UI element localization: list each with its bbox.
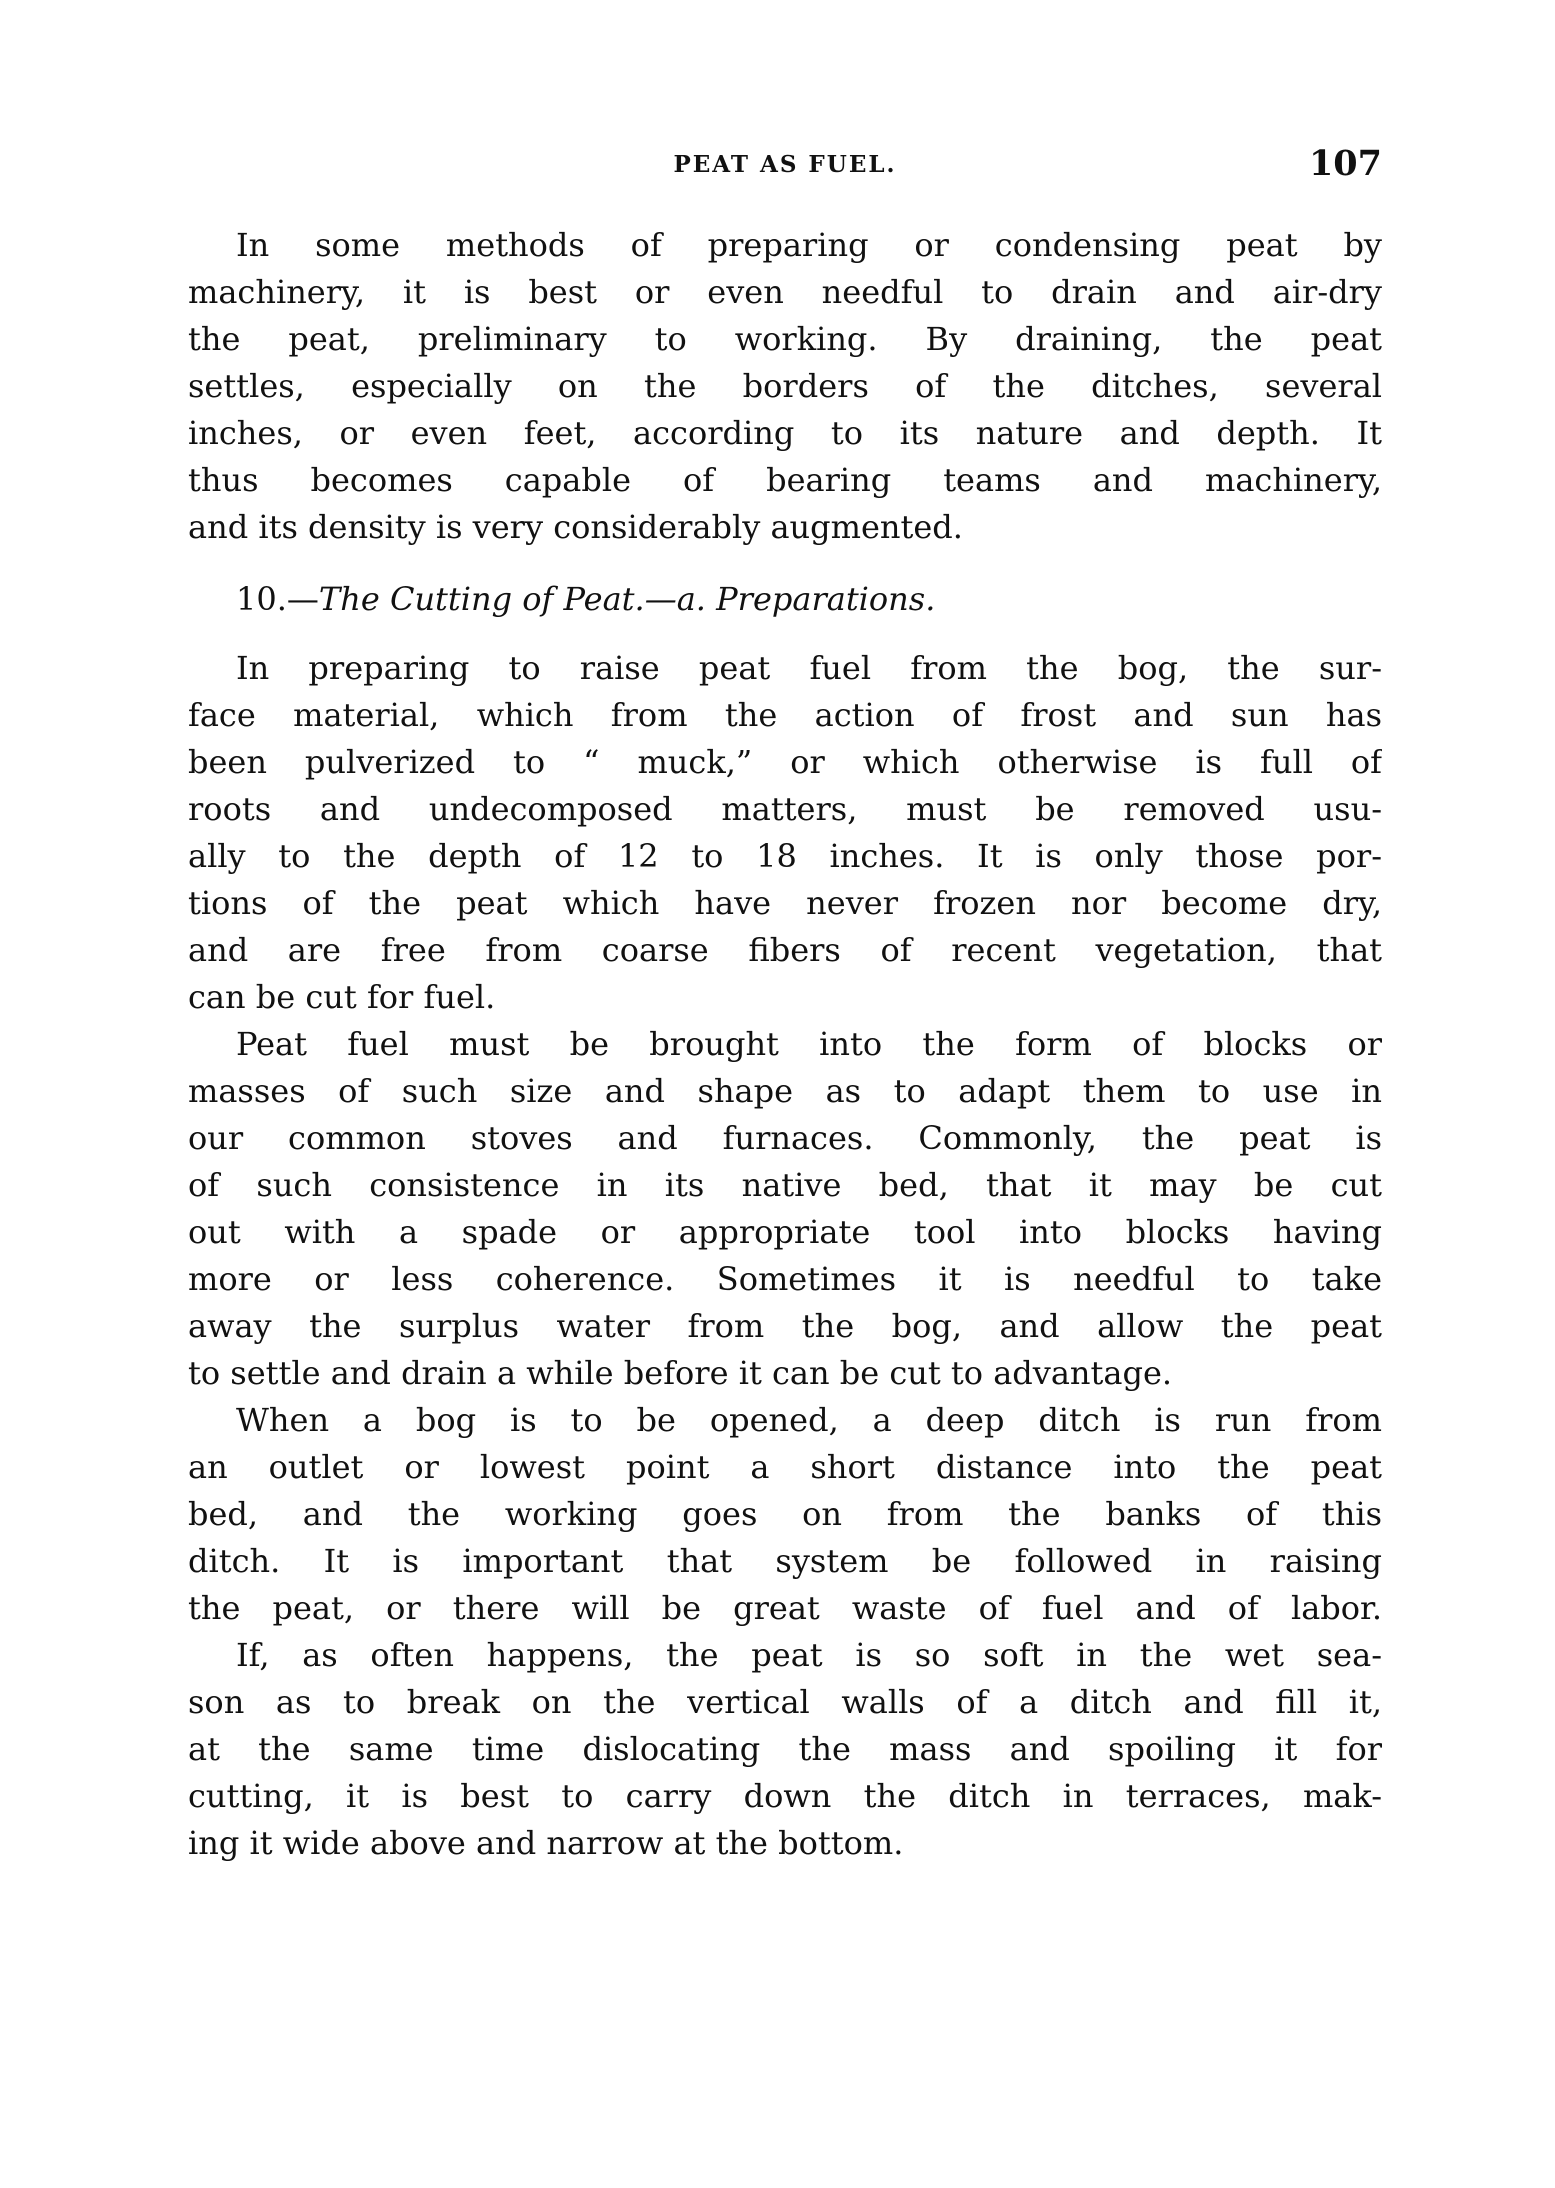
paragraph-blocks: Peat fuel must be brought into the form … bbox=[188, 1021, 1382, 1397]
text-line: the peat, preliminary to working. By dra… bbox=[188, 316, 1382, 363]
text-line: of such consistence in its native bed, t… bbox=[188, 1162, 1382, 1209]
text-line: Peat fuel must be brought into the form … bbox=[188, 1021, 1382, 1068]
text-line: ally to the depth of 12 to 18 inches. It… bbox=[188, 833, 1382, 880]
book-page: PEAT AS FUEL. 107 In some methods of pre… bbox=[0, 0, 1555, 2188]
text-line: face material, which from the action of … bbox=[188, 692, 1382, 739]
running-head: PEAT AS FUEL. 107 bbox=[188, 143, 1382, 183]
text-line: settles, especially on the borders of th… bbox=[188, 363, 1382, 410]
text-line: to settle and drain a while before it ca… bbox=[188, 1350, 1382, 1397]
paragraph-preparing: In preparing to raise peat fuel from the… bbox=[188, 645, 1382, 1021]
text-line: tions of the peat which have never froze… bbox=[188, 880, 1382, 927]
text-line: cutting, it is best to carry down the di… bbox=[188, 1773, 1382, 1820]
text-line: thus becomes capable of bearing teams an… bbox=[188, 457, 1382, 504]
text-line: can be cut for fuel. bbox=[188, 974, 1382, 1021]
text-line: and its density is very considerably aug… bbox=[188, 504, 1382, 551]
text-line: machinery, it is best or even needful to… bbox=[188, 269, 1382, 316]
running-title: PEAT AS FUEL. bbox=[188, 151, 1382, 178]
text-line: been pulverized to “ muck,” or which oth… bbox=[188, 739, 1382, 786]
text-line: In some methods of preparing or condensi… bbox=[188, 222, 1382, 269]
section-number: 10.— bbox=[236, 580, 319, 618]
text-line: out with a spade or appropriate tool int… bbox=[188, 1209, 1382, 1256]
text-line: away the surplus water from the bog, and… bbox=[188, 1303, 1382, 1350]
text-line: our common stoves and furnaces. Commonly… bbox=[188, 1115, 1382, 1162]
text-line: ing it wide above and narrow at the bott… bbox=[188, 1820, 1382, 1867]
text-line: When a bog is to be opened, a deep ditch… bbox=[188, 1397, 1382, 1444]
text-line: bed, and the working goes on from the ba… bbox=[188, 1491, 1382, 1538]
text-line: If, as often happens, the peat is so sof… bbox=[188, 1632, 1382, 1679]
text-line: In preparing to raise peat fuel from the… bbox=[188, 645, 1382, 692]
text-line: son as to break on the vertical walls of… bbox=[188, 1679, 1382, 1726]
text-line: inches, or even feet, according to its n… bbox=[188, 410, 1382, 457]
text-line: ditch. It is important that system be fo… bbox=[188, 1538, 1382, 1585]
paragraph-intro: In some methods of preparing or condensi… bbox=[188, 222, 1382, 551]
paragraph-ditch: When a bog is to be opened, a deep ditch… bbox=[188, 1397, 1382, 1632]
section-title: The Cutting of Peat.—a. Preparations. bbox=[319, 580, 935, 618]
section-heading: 10.—The Cutting of Peat.—a. Preparations… bbox=[188, 576, 1382, 623]
body-text: In some methods of preparing or condensi… bbox=[188, 222, 1382, 1867]
text-line: an outlet or lowest point a short distan… bbox=[188, 1444, 1382, 1491]
text-line: masses of such size and shape as to adap… bbox=[188, 1068, 1382, 1115]
text-line: at the same time dislocating the mass an… bbox=[188, 1726, 1382, 1773]
text-line: and are free from coarse fibers of recen… bbox=[188, 927, 1382, 974]
page-number: 107 bbox=[1309, 143, 1382, 184]
text-line: more or less coherence. Sometimes it is … bbox=[188, 1256, 1382, 1303]
text-line: the peat, or there will be great waste o… bbox=[188, 1585, 1382, 1632]
text-line: roots and undecomposed matters, must be … bbox=[188, 786, 1382, 833]
paragraph-terraces: If, as often happens, the peat is so sof… bbox=[188, 1632, 1382, 1867]
